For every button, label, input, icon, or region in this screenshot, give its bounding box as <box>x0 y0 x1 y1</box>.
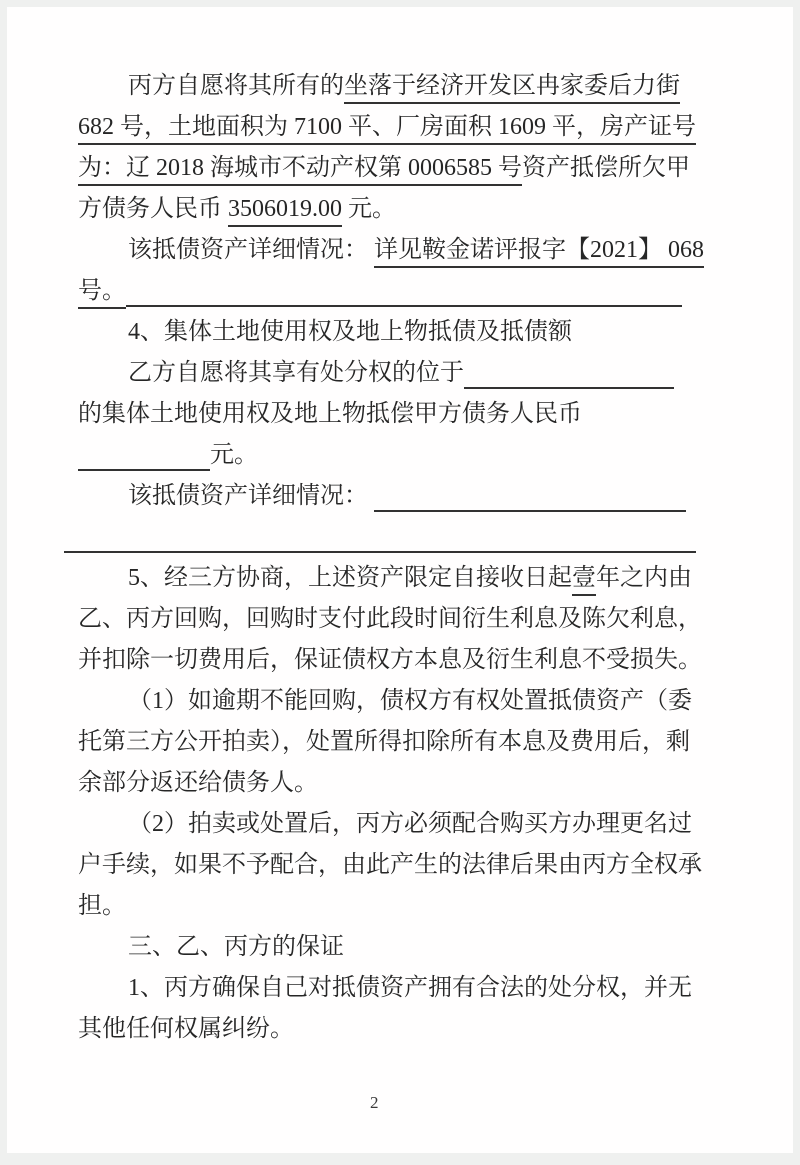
text-line: 元。 <box>78 435 793 476</box>
blank-field <box>126 275 682 307</box>
text-line <box>78 517 793 558</box>
text-segment: 1、丙方确保自己对抵债资产拥有合法的处分权，并无 <box>128 975 692 1001</box>
text-line: 担。 <box>78 886 793 927</box>
blank-field <box>464 357 674 389</box>
text-line: 托第三方公开拍卖），处置所得扣除所有本息及费用后，剩 <box>78 722 793 763</box>
text-line: 682 号，土地面积为 7100 平、厂房面积 1609 平，房产证号 <box>78 107 793 148</box>
underlined-text-segment: 坐落于经济开发区冉家委后力街 <box>344 73 680 104</box>
text-line: 乙方自愿将其享有处分权的位于 <box>78 353 793 394</box>
text-segment: 元。 <box>210 442 258 468</box>
text-line: （1）如逾期不能回购，债权方有权处置抵债资产（委 <box>78 681 793 722</box>
text-segment: 并扣除一切费用后，保证债权方本息及衍生利息不受损失。 <box>78 647 702 673</box>
text-segment: 该抵债资产详细情况： <box>128 483 374 509</box>
text-line: 该抵债资产详细情况： 详见鞍金诺评报字【2021】 068 <box>78 230 793 271</box>
underlined-text-segment: 详见鞍金诺评报字【2021】 068 <box>374 237 704 268</box>
text-segment: 元。 <box>342 196 396 222</box>
underlined-text-segment: 为：辽 2018 海城市不动产权第 0006585 号 <box>78 155 522 186</box>
text-line: （2）拍卖或处置后，丙方必须配合购买方办理更名过 <box>78 804 793 845</box>
document-content: 丙方自愿将其所有的坐落于经济开发区冉家委后力街682 号，土地面积为 7100 … <box>7 7 793 1050</box>
text-line: 丙方自愿将其所有的坐落于经济开发区冉家委后力街 <box>78 66 793 107</box>
text-segment: 年之内由 <box>596 565 692 591</box>
text-segment: 4、集体土地使用权及地上物抵债及抵债额 <box>128 319 572 345</box>
document-page: 丙方自愿将其所有的坐落于经济开发区冉家委后力街682 号，土地面积为 7100 … <box>7 7 793 1153</box>
text-line: 方债务人民币 3506019.00 元。 <box>78 189 793 230</box>
underlined-text-segment: 3506019.00 <box>228 196 342 227</box>
text-segment: 乙、丙方回购，回购时支付此段时间衍生利息及陈欠利息， <box>78 606 702 632</box>
text-segment: 其他任何权属纠纷。 <box>78 1016 294 1042</box>
text-line: 该抵债资产详细情况： <box>78 476 793 517</box>
text-line: 三、乙、丙方的保证 <box>78 927 793 968</box>
text-line: 为：辽 2018 海城市不动产权第 0006585 号资产抵偿所欠甲 <box>78 148 793 189</box>
text-segment: （2）拍卖或处置后，丙方必须配合购买方办理更名过 <box>128 811 692 837</box>
underlined-text-segment: 682 号，土地面积为 7100 平、厂房面积 1609 平，房产证号 <box>78 114 696 145</box>
text-line: 余部分返还给债务人。 <box>78 763 793 804</box>
text-segment: 三、乙、丙方的保证 <box>128 934 344 960</box>
text-segment: 该抵债资产详细情况： <box>128 237 374 263</box>
text-segment: 余部分返还给债务人。 <box>78 770 318 796</box>
text-line: 其他任何权属纠纷。 <box>78 1009 793 1050</box>
text-line: 的集体土地使用权及地上物抵偿甲方债务人民币 <box>78 394 793 435</box>
text-segment: 方债务人民币 <box>78 196 228 222</box>
text-line: 1、丙方确保自己对抵债资产拥有合法的处分权，并无 <box>78 968 793 1009</box>
blank-field <box>374 480 686 512</box>
text-segment: 丙方自愿将其所有的 <box>128 73 344 99</box>
text-segment: 5、经三方协商，上述资产限定自接收日起 <box>128 565 572 591</box>
text-segment: 户手续，如果不予配合，由此产生的法律后果由丙方全权承 <box>78 852 702 878</box>
text-segment: 乙方自愿将其享有处分权的位于 <box>128 360 464 386</box>
text-segment: 托第三方公开拍卖），处置所得扣除所有本息及费用后，剩 <box>78 729 690 755</box>
text-line: 5、经三方协商，上述资产限定自接收日起壹年之内由 <box>78 558 793 599</box>
blank-field <box>64 521 696 553</box>
text-segment: （1）如逾期不能回购，债权方有权处置抵债资产（委 <box>128 688 692 714</box>
text-line: 并扣除一切费用后，保证债权方本息及衍生利息不受损失。 <box>78 640 793 681</box>
text-segment: 担。 <box>78 893 126 919</box>
text-segment: 资产抵偿所欠甲 <box>522 155 690 181</box>
text-segment: 的集体土地使用权及地上物抵偿甲方债务人民币 <box>78 401 582 427</box>
text-line: 乙、丙方回购，回购时支付此段时间衍生利息及陈欠利息， <box>78 599 793 640</box>
text-line: 4、集体土地使用权及地上物抵债及抵债额 <box>78 312 793 353</box>
underlined-text-segment: 壹 <box>572 565 596 596</box>
text-line: 户手续，如果不予配合，由此产生的法律后果由丙方全权承 <box>78 845 793 886</box>
text-line: 号。 <box>78 271 793 312</box>
page-number: 2 <box>370 1093 379 1113</box>
underlined-text-segment: 号。 <box>78 278 126 309</box>
blank-field <box>78 439 210 471</box>
